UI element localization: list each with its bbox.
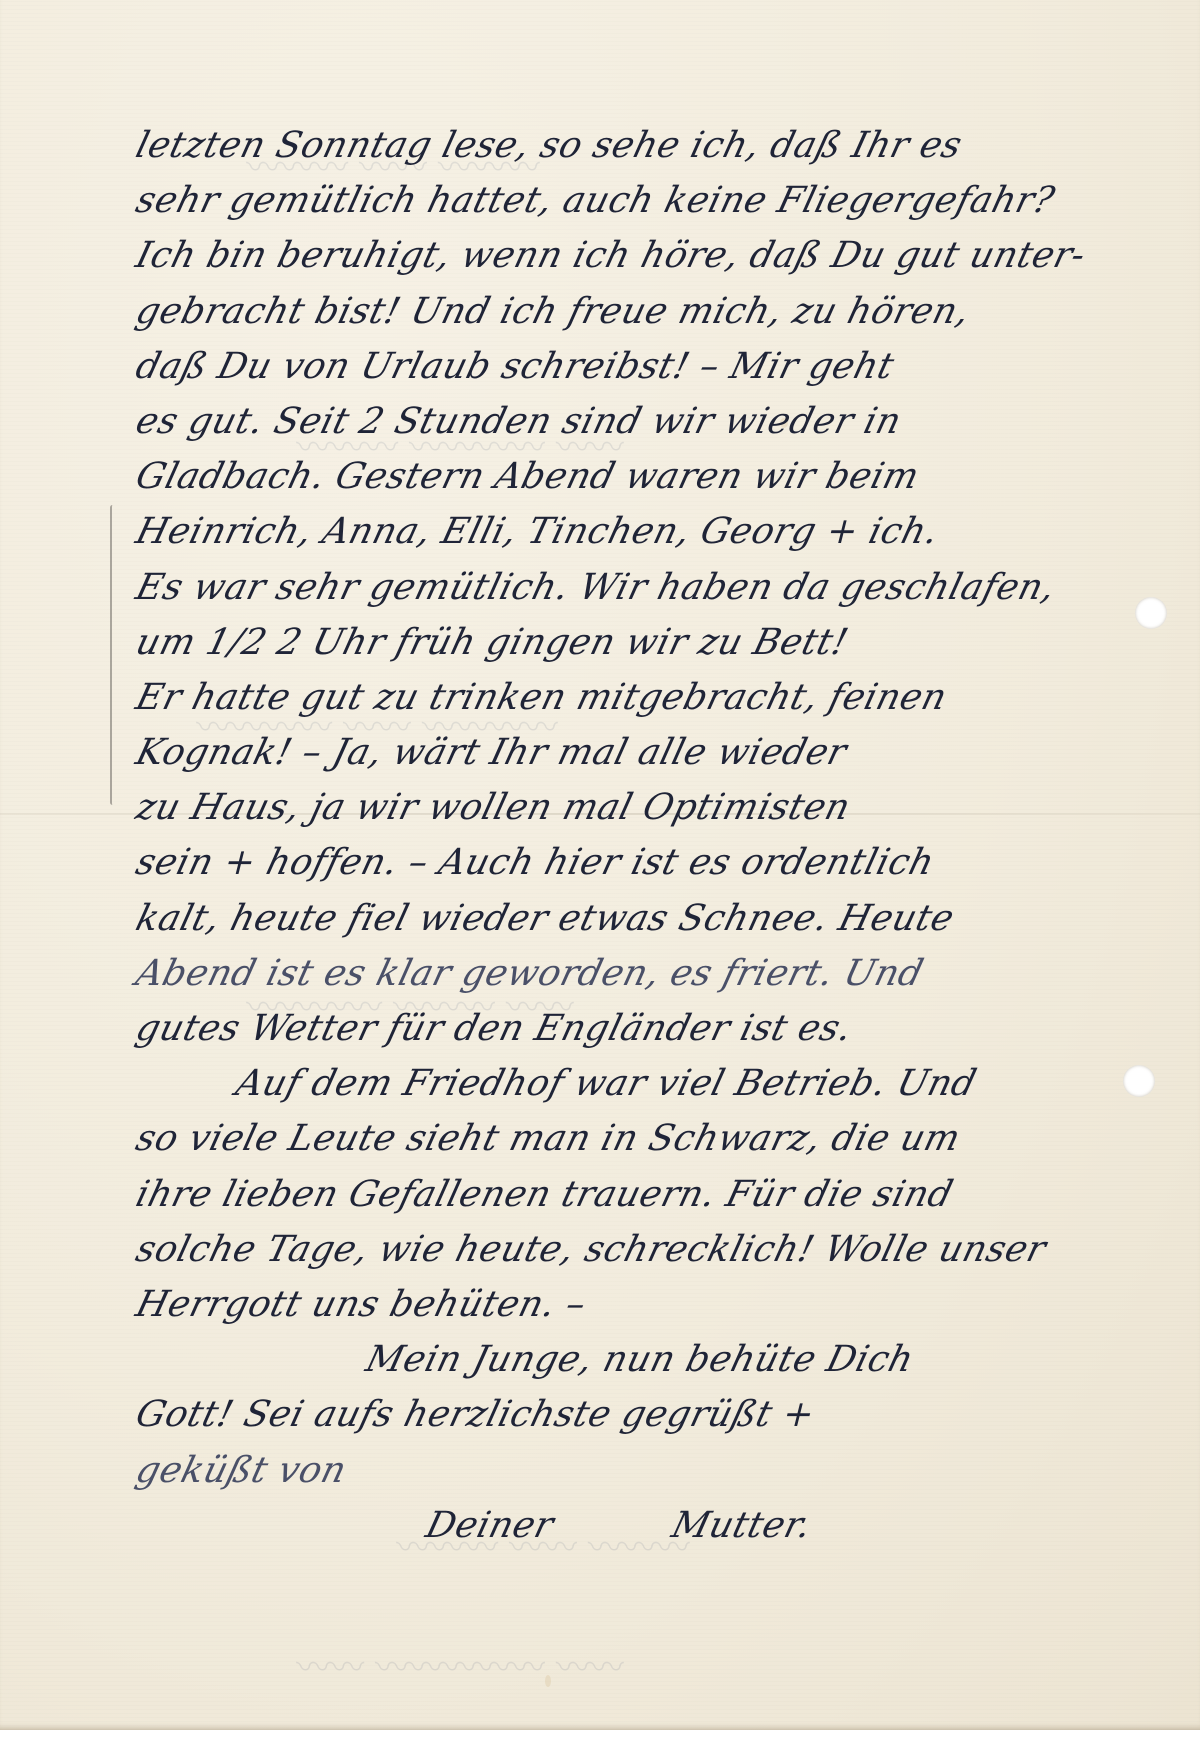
letter-line: Er hatte gut zu trinken mitgebracht, fei…	[130, 670, 1200, 725]
paper-stain	[545, 1675, 551, 1687]
letter-line: kalt, heute fiel wieder etwas Schnee. He…	[130, 891, 1200, 946]
letter-line: Es war sehr gemütlich. Wir haben da gesc…	[130, 560, 1200, 615]
letter-line: Gladbach. Gestern Abend waren wir beim	[130, 449, 1200, 504]
letter-line: Herrgott uns behüten. –	[130, 1277, 1200, 1332]
letter-sheet: 〰〰〰 〰〰 〰〰〰 〰〰 〰〰〰〰 〰〰〰 〰〰〰〰 〰〰 〰〰〰〰 〰〰 〰…	[0, 0, 1200, 1730]
letter-line: ihre lieben Gefallenen trauern. Für die …	[130, 1167, 1200, 1222]
letter-line: es gut. Seit 2 Stunden sind wir wieder i…	[130, 394, 1200, 449]
letter-line: so viele Leute sieht man in Schwarz, die…	[130, 1111, 1200, 1166]
letter-line: solche Tage, wie heute, schrecklich! Wol…	[130, 1222, 1200, 1277]
letter-line: sein + hoffen. – Auch hier ist es ordent…	[130, 835, 1200, 890]
signature-name: Mutter.	[666, 1498, 818, 1553]
closing-line: geküßt von	[130, 1443, 1200, 1498]
letter-line: Ich bin beruhigt, wenn ich höre, daß Du …	[130, 228, 1200, 283]
letter-line: daß Du von Urlaub schreibst! – Mir geht	[130, 339, 1200, 394]
letter-line: zu Haus, ja wir wollen mal Optimisten	[130, 780, 1200, 835]
letter-line: Heinrich, Anna, Elli, Tinchen, Georg + i…	[130, 504, 1200, 559]
signature-salutation: Deiner	[420, 1498, 560, 1553]
signature: Deiner Mutter.	[130, 1498, 1200, 1553]
letter-line: Auf dem Friedhof war viel Betrieb. Und	[130, 1056, 1200, 1111]
letter-line: Kognak! – Ja, wärt Ihr mal alle wieder	[130, 725, 1200, 780]
letter-line: gutes Wetter für den Engländer ist es.	[130, 1001, 1200, 1056]
closing-line: Mein Junge, nun behüte Dich	[130, 1332, 1200, 1387]
closing-line: Gott! Sei aufs herzlichste gegrüßt +	[130, 1387, 1200, 1442]
letter-line: gebracht bist! Und ich freue mich, zu hö…	[130, 284, 1200, 339]
letter-line: letzten Sonntag lese, so sehe ich, daß I…	[130, 118, 1200, 173]
letter-line: um 1/2 2 Uhr früh gingen wir zu Bett!	[130, 615, 1200, 670]
pencil-margin-mark	[110, 505, 115, 805]
bleed-through-text: 〰〰 〰〰〰〰〰 〰〰	[297, 1640, 632, 1689]
letter-line: sehr gemütlich hattet, auch keine Fliege…	[130, 173, 1200, 228]
letter-body: letzten Sonntag lese, so sehe ich, daß I…	[130, 118, 1190, 1553]
letter-line: Abend ist es klar geworden, es friert. U…	[130, 946, 1200, 1001]
